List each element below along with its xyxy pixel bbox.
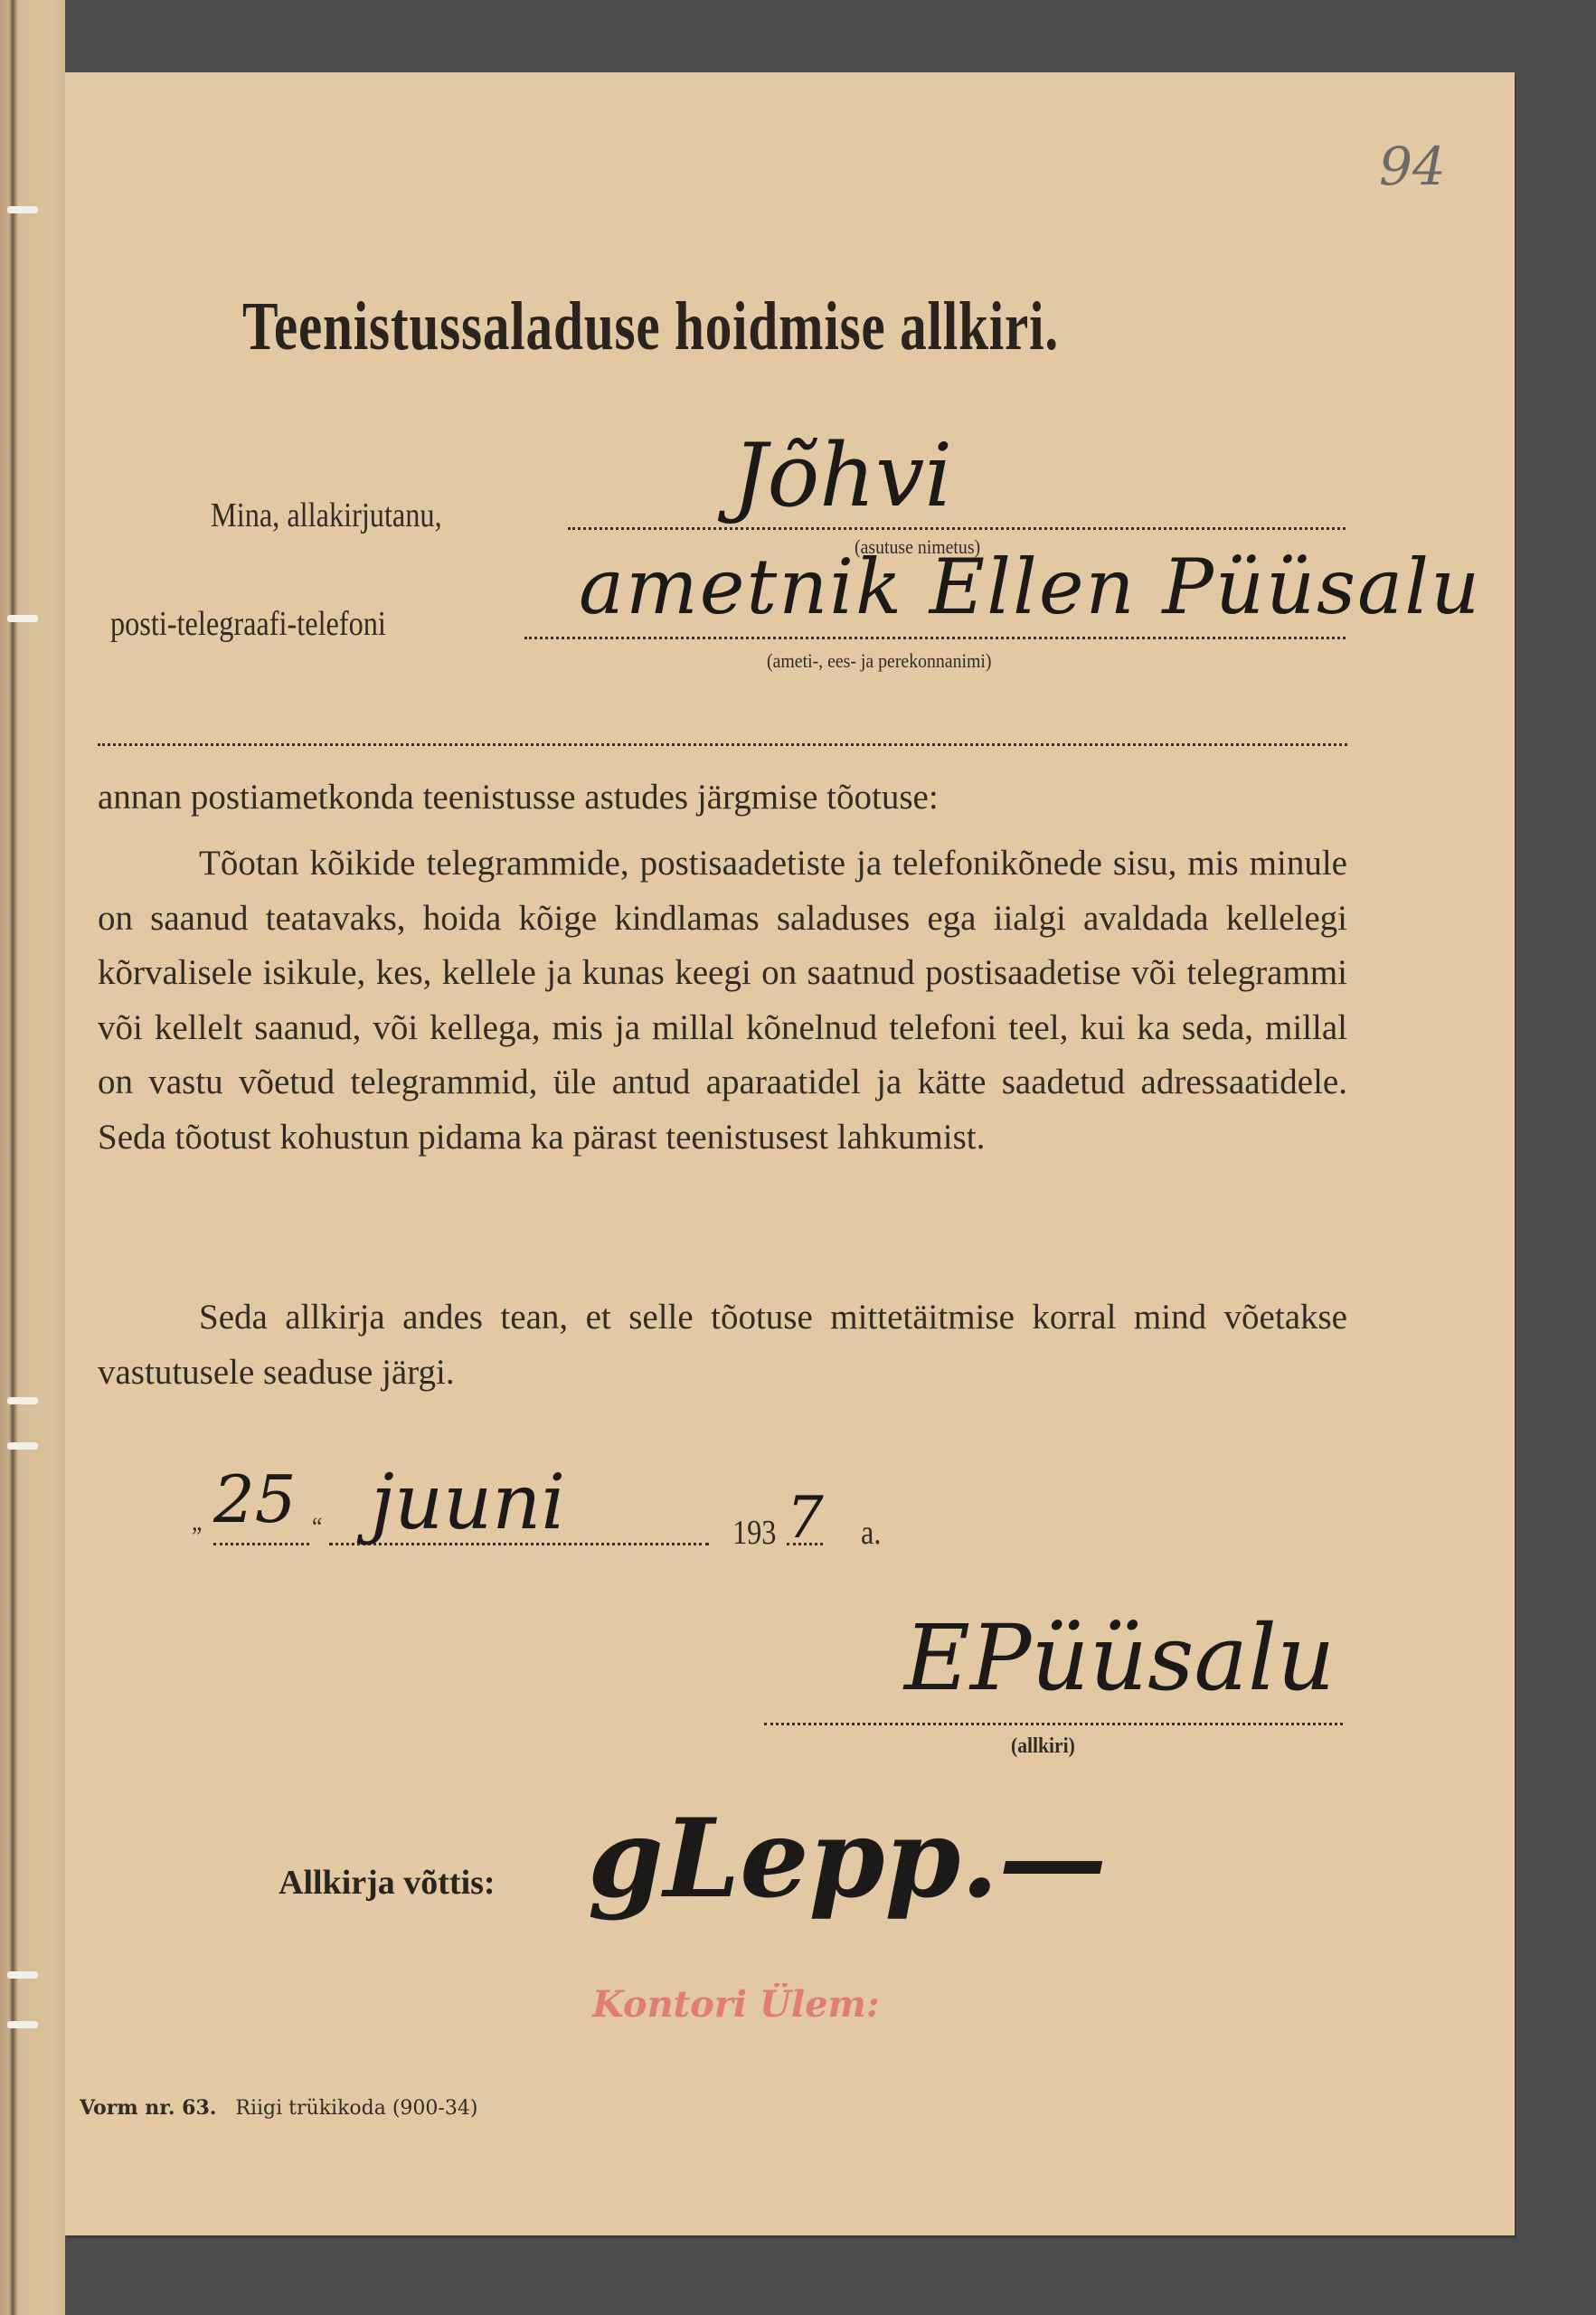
date-year-prefix: 193 xyxy=(732,1513,776,1553)
witness-label: Allkirja võttis: xyxy=(279,1863,496,1903)
date-year-digit-handwritten: 7 xyxy=(787,1485,824,1552)
binding-strip xyxy=(0,0,65,2315)
binding-thread xyxy=(7,206,38,213)
document-title: Teenistussaladuse hoidmise allkiri. xyxy=(242,288,1059,366)
signature-handwritten: EPüüsalu xyxy=(904,1605,1335,1711)
date-day-handwritten: 25 xyxy=(213,1461,297,1537)
year-field-line xyxy=(787,1543,823,1545)
line1-field-line xyxy=(568,527,1346,530)
witness-signature-handwritten: gLepp.— xyxy=(588,1795,1107,1923)
day-field-line xyxy=(213,1543,309,1545)
line2-caption: (ameti-, ees- ja perekonnanimi) xyxy=(767,649,991,673)
binding-thread xyxy=(7,2021,38,2028)
extra-field-line xyxy=(98,743,1347,746)
signature-field-line xyxy=(764,1723,1343,1725)
consequence-paragraph: Seda allkirja andes tean, et selle tõotu… xyxy=(98,1290,1347,1400)
page-number: 94 xyxy=(1379,136,1446,197)
line2-label: posti-telegraafi-telefoni xyxy=(110,604,386,644)
oath-paragraph: Tõotan kõikide telegrammide, postisaadet… xyxy=(98,836,1347,1165)
binding-thread xyxy=(7,1397,38,1404)
consequence-text: Seda allkirja andes tean, et selle tõotu… xyxy=(98,1290,1347,1400)
intro-line: annan postiametkonda teenistusse astudes… xyxy=(98,770,1347,826)
binding-thread xyxy=(7,1971,38,1979)
binding-thread xyxy=(7,615,38,622)
date-month-handwritten: juuni xyxy=(371,1458,565,1546)
form-footer: Vorm nr. 63. Riigi trükikoda (900-34) xyxy=(80,2096,477,2120)
line1-handwritten-institution: Jõhvi xyxy=(732,425,952,526)
intro-text: annan postiametkonda teenistusse astudes… xyxy=(98,770,1347,826)
date-suffix: a. xyxy=(861,1513,881,1553)
oath-text: Tõotan kõikide telegrammide, postisaadet… xyxy=(98,836,1347,1165)
line2-handwritten-name: ametnik Ellen Püüsalu xyxy=(579,543,1481,631)
date-open-quote: „ xyxy=(192,1507,202,1537)
printer-info: Riigi trükikoda (900-34) xyxy=(235,2097,477,2120)
signature-caption: (allkiri) xyxy=(1011,1734,1075,1759)
binding-thread xyxy=(7,1442,38,1450)
line2-field-line xyxy=(524,637,1346,639)
date-close-quote: “ xyxy=(312,1512,322,1543)
office-stamp: Kontori Ülem: xyxy=(592,1983,880,2026)
line1-label: Mina, allakirjutanu, xyxy=(211,496,442,535)
form-number: Vorm nr. 63. xyxy=(80,2096,216,2120)
